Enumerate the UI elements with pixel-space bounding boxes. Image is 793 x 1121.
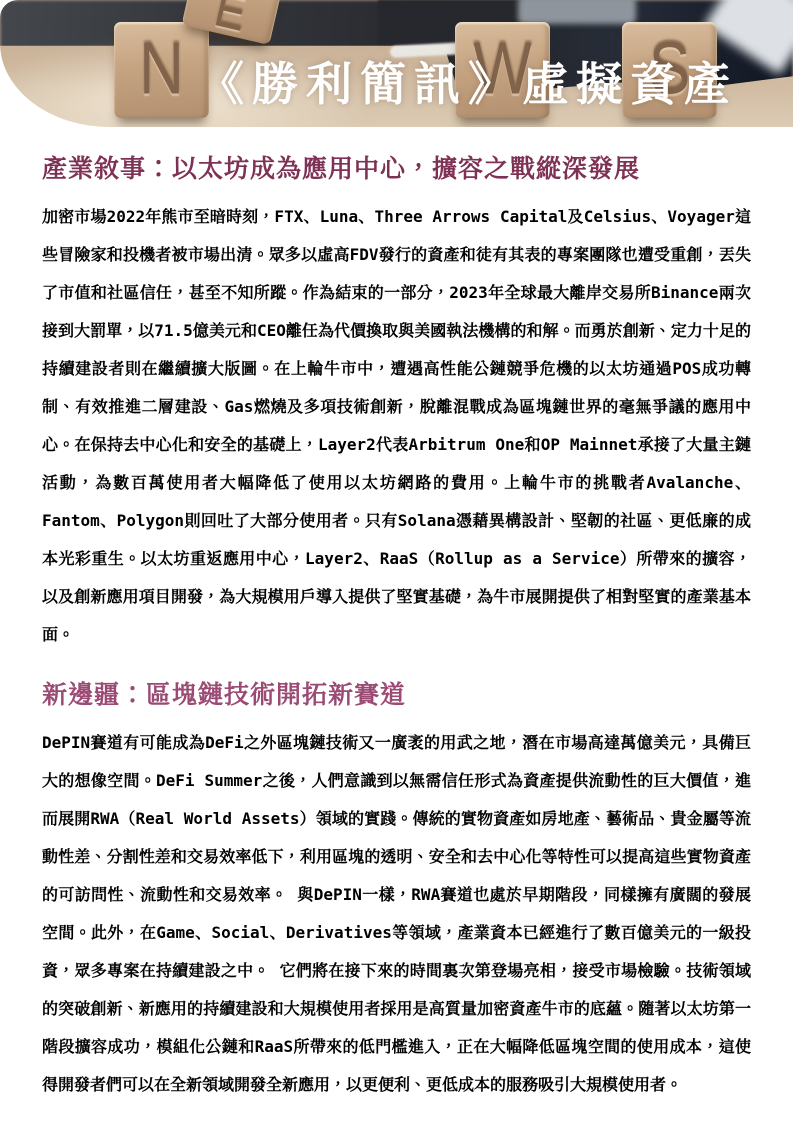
section-paragraph-industry: 加密市場2022年熊市至暗時刻，FTX、Luna、Three Arrows Ca… <box>42 198 751 654</box>
block-letter-e: E <box>210 0 251 39</box>
equipment-blur <box>518 0 636 24</box>
header-banner: N E W S 《勝利簡訊》虛擬資產 <box>0 0 793 127</box>
newsletter-page: N E W S 《勝利簡訊》虛擬資產 產業敘事：以太坊成為應用中心，擴容之戰縱深… <box>0 0 793 1121</box>
wood-block-n: N <box>114 22 209 118</box>
section-industry: 產業敘事：以太坊成為應用中心，擴容之戰縱深發展 加密市場2022年熊市至暗時刻，… <box>0 154 793 654</box>
newsletter-title: 《勝利簡訊》虛擬資產 <box>198 48 738 114</box>
section-paragraph-frontier: DePIN賽道有可能成為DeFi之外區塊鏈技術又一廣袤的用武之地，潛在市場高達萬… <box>42 724 751 1104</box>
block-letter-n: N <box>139 33 184 106</box>
section-heading-frontier: 新邊疆：區塊鏈技術開拓新賽道 <box>42 680 751 710</box>
article-body: 產業敘事：以太坊成為應用中心，擴容之戰縱深發展 加密市場2022年熊市至暗時刻，… <box>0 154 793 1104</box>
section-heading-industry: 產業敘事：以太坊成為應用中心，擴容之戰縱深發展 <box>42 154 751 184</box>
section-frontier: 新邊疆：區塊鏈技術開拓新賽道 DePIN賽道有可能成為DeFi之外區塊鏈技術又一… <box>0 680 793 1104</box>
